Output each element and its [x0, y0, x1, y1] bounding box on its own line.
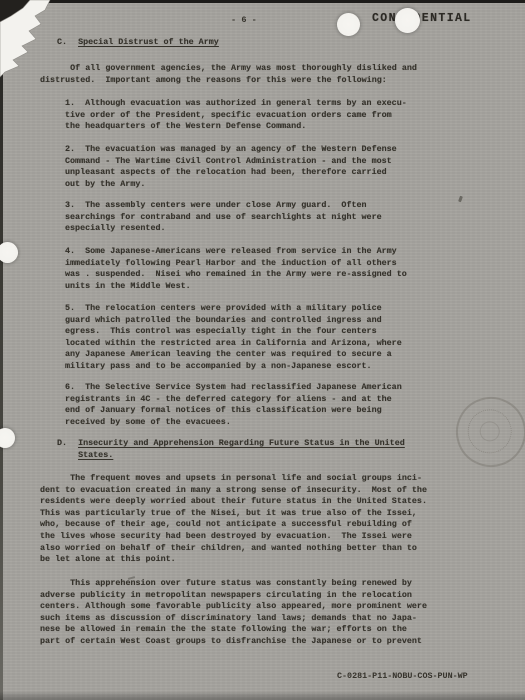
numbered-item-3: 3. The assembly centers were under close… — [65, 200, 485, 235]
section-d-paragraph-1: The frequent moves and upsets in persona… — [40, 473, 510, 566]
confidential-stamp: CONFIDENTIAL — [372, 12, 472, 25]
section-c-letter: C. — [57, 37, 67, 49]
numbered-item-5: 5. The relocation centers were provided … — [65, 303, 485, 373]
scan-edge-left — [0, 0, 3, 700]
section-d-letter: D. — [57, 438, 67, 450]
section-d-heading: D. Insecurity and Apprehension Regarding… — [57, 438, 525, 461]
section-c-heading: C. Special Distrust of the Army — [57, 37, 525, 49]
numbered-item-1: 1. Although evacuation was authorized in… — [65, 98, 485, 133]
document-reference-code: C-0281-P11-NOBU-COS-PUN-WP — [337, 671, 468, 681]
scan-edge-top — [0, 0, 525, 3]
scan-edge-bottom — [0, 691, 525, 700]
hole-punch-icon — [0, 242, 18, 263]
numbered-item-2: 2. The evacuation was managed by an agen… — [65, 144, 485, 190]
section-d-title: Insecurity and Apprehension Regarding Fu… — [78, 438, 405, 461]
section-c-title: Special Distrust of the Army — [78, 37, 219, 49]
section-c-intro-paragraph: Of all government agencies, the Army was… — [40, 63, 510, 86]
hole-punch-icon — [337, 13, 360, 36]
hole-punch-icon — [395, 8, 420, 33]
numbered-item-4: 4. Some Japanese-Americans were released… — [65, 246, 485, 292]
section-d-paragraph-2: This apprehension over future status was… — [40, 578, 510, 648]
page-number: - 6 - — [231, 15, 257, 25]
hole-punch-icon — [0, 428, 15, 448]
numbered-item-6: 6. The Selective Service System had recl… — [65, 382, 485, 428]
scanned-document-page: - 6 - CONFIDENTIAL C. Special Distrust o… — [0, 0, 525, 700]
